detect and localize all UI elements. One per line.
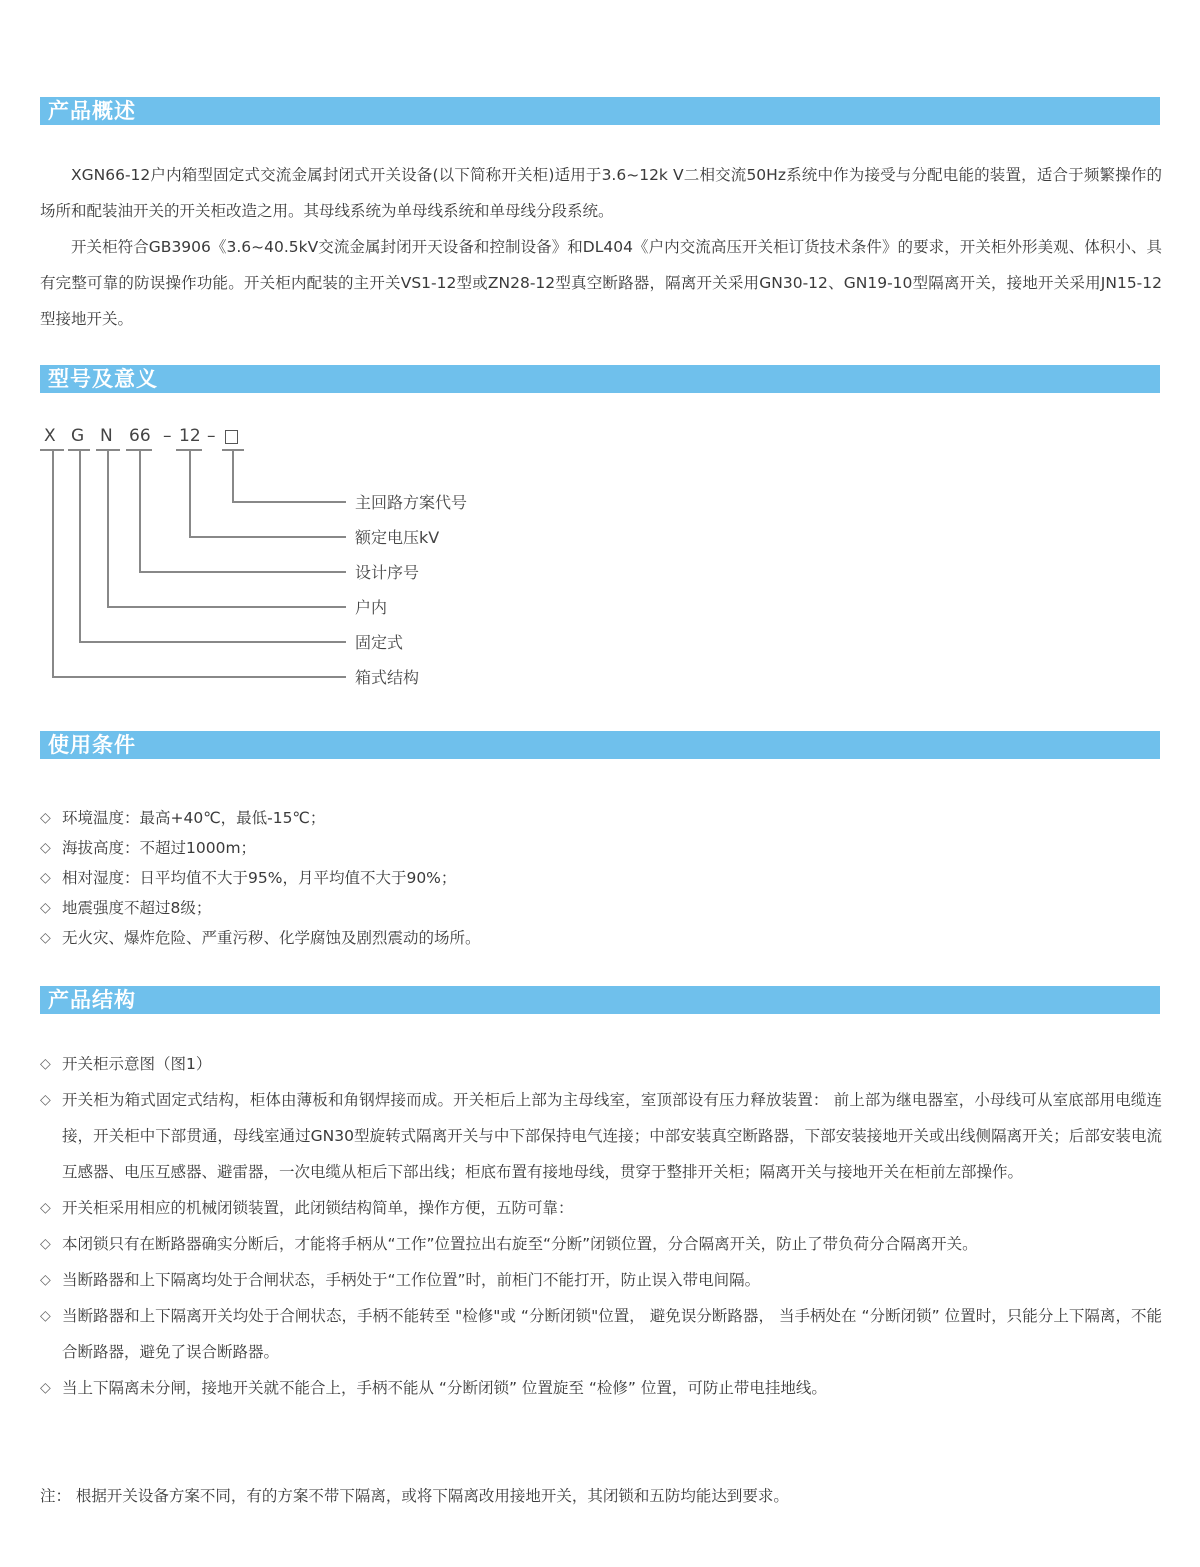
connector-line [189,536,346,538]
diamond-bullet-icon: ◇ [40,1046,51,1082]
list-item: ◇开关柜示意图（图1） [40,1046,1162,1082]
diamond-bullet-icon: ◇ [40,803,51,833]
model-code-diagram: X G N 66 – 12 – 主回路方案代号 额定电压kV 设计序号 户内 固… [40,420,520,700]
connector-line [52,676,346,678]
placeholder-box-icon [225,430,238,444]
diamond-bullet-icon: ◇ [40,1190,51,1226]
list-item: ◇当断路器和上下隔离均处于合闸状态，手柄处于“工作位置”时，前柜门不能打开，防止… [40,1262,1162,1298]
structure-list: ◇开关柜示意图（图1） ◇开关柜为箱式固定式结构，柜体由薄板和角钢焊接而成。开关… [40,1046,1162,1406]
label-design-number: 设计序号 [355,560,419,583]
label-main-circuit: 主回路方案代号 [355,490,467,513]
connector-line [107,450,109,607]
section-title: 产品结构 [48,988,136,1012]
overview-paragraph-1: XGN66-12户内箱型固定式交流金属封闭式开关设备(以下简称开关柜)适用于3.… [40,157,1162,229]
section-header-model: 型号及意义 [40,365,1160,393]
connector-line [189,450,191,537]
code-char-12: 12 [179,426,201,446]
list-item: ◇地震强度不超过8级； [40,893,1162,923]
diamond-bullet-icon: ◇ [40,1262,51,1298]
list-item: ◇环境温度：最高+40℃，最低-15℃； [40,803,1162,833]
connector-line [139,571,346,573]
code-char-n: N [100,426,113,446]
connector-line [52,450,54,677]
code-char-x: X [44,426,56,446]
diamond-bullet-icon: ◇ [40,833,51,863]
connector-line [232,450,234,502]
diamond-bullet-icon: ◇ [40,1082,51,1118]
section-title: 产品概述 [48,99,136,123]
list-item: ◇海拔高度：不超过1000m； [40,833,1162,863]
label-indoor: 户内 [355,595,387,618]
code-char-66: 66 [129,426,151,446]
code-dash-2: – [207,426,216,446]
list-item: ◇当上下隔离未分闸，接地开关就不能合上，手柄不能从 “分断闭锁” 位置旋至 “检… [40,1370,1162,1406]
label-box-structure: 箱式结构 [355,665,419,688]
list-item: ◇相对湿度：日平均值不大于95%，月平均值不大于90%； [40,863,1162,893]
diamond-bullet-icon: ◇ [40,923,51,953]
diamond-bullet-icon: ◇ [40,1370,51,1406]
section-title: 型号及意义 [48,367,158,391]
list-item: ◇当断路器和上下隔离开关均处于合闸状态，手柄不能转至 "检修"或 “分断闭锁"位… [40,1298,1162,1370]
diamond-bullet-icon: ◇ [40,1226,51,1262]
diamond-bullet-icon: ◇ [40,893,51,923]
connector-line [107,606,346,608]
list-item: ◇无火灾、爆炸危险、严重污秽、化学腐蚀及剧烈震动的场所。 [40,923,1162,953]
section-header-structure: 产品结构 [40,986,1160,1014]
code-dash-1: – [163,426,172,446]
label-rated-voltage: 额定电压kV [355,525,439,548]
connector-line [139,450,141,572]
structure-note: 注： 根据开关设备方案不同，有的方案不带下隔离，或将下隔离改用接地开关，其闭锁和… [40,1478,789,1514]
connector-line [232,501,346,503]
list-item: ◇本闭锁只有在断路器确实分断后，才能将手柄从“工作”位置拉出右旋至“分断”闭锁位… [40,1226,1162,1262]
code-char-g: G [71,426,84,446]
section-header-overview: 产品概述 [40,97,1160,125]
conditions-list: ◇环境温度：最高+40℃，最低-15℃； ◇海拔高度：不超过1000m； ◇相对… [40,803,1162,953]
section-title: 使用条件 [48,733,136,757]
label-fixed-type: 固定式 [355,630,403,653]
diamond-bullet-icon: ◇ [40,863,51,893]
list-item: ◇开关柜采用相应的机械闭锁装置，此闭锁结构简单，操作方便，五防可靠： [40,1190,1162,1226]
diamond-bullet-icon: ◇ [40,1298,51,1334]
connector-line [79,450,81,642]
list-item: ◇开关柜为箱式固定式结构，柜体由薄板和角钢焊接而成。开关柜后上部为主母线室，室顶… [40,1082,1162,1190]
section-header-conditions: 使用条件 [40,731,1160,759]
connector-line [79,641,346,643]
overview-paragraph-2: 开关柜符合GB3906《3.6~40.5kV交流金属封闭开天设备和控制设备》和D… [40,229,1162,337]
